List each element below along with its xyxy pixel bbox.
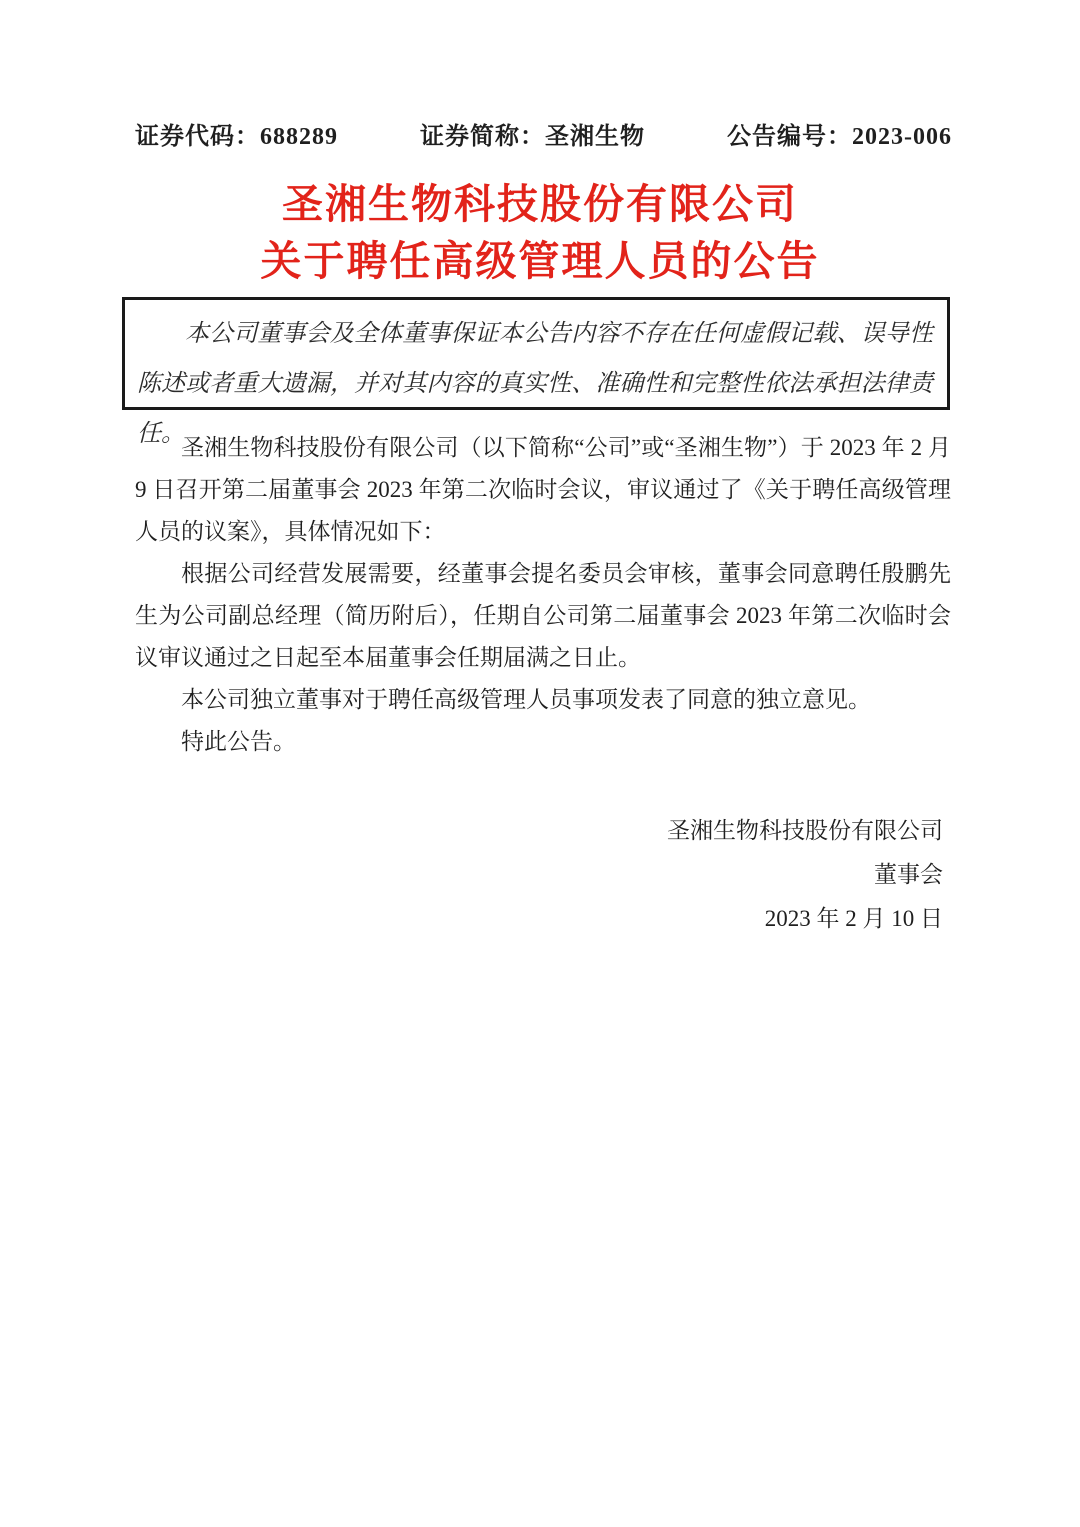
paragraph-independent-directors-opinion: 本公司独立董事对于聘任高级管理人员事项发表了同意的独立意见。 [135,679,951,721]
paragraph-appointment-details: 根据公司经营发展需要，经董事会提名委员会审核，董事会同意聘任殷鹏先生为公司副总经… [135,553,951,679]
closing-statement: 特此公告。 [135,721,951,763]
stock-code: 证券代码：688289 [135,116,338,151]
paragraph-board-meeting: 圣湘生物科技股份有限公司（以下简称“公司”或“圣湘生物”）于 2023 年 2 … [135,427,951,553]
disclaimer-box: 本公司董事会及全体董事保证本公告内容不存在任何虚假记载、误导性陈述或者重大遗漏，… [122,297,950,410]
stock-short-name: 证券简称：圣湘生物 [420,116,645,151]
signature-date: 2023 年 2 月 10 日 [135,897,943,941]
announcement-number: 公告编号：2023-006 [727,116,952,151]
document-body: 圣湘生物科技股份有限公司（以下简称“公司”或“圣湘生物”）于 2023 年 2 … [135,427,951,941]
signature-company: 圣湘生物科技股份有限公司 [135,809,943,853]
announcement-document: 证券代码：688289 证券简称：圣湘生物 公告编号：2023-006 圣湘生物… [0,0,1080,1527]
signature-issuer: 董事会 [135,853,943,897]
document-header-row: 证券代码：688289 证券简称：圣湘生物 公告编号：2023-006 [135,116,952,151]
signature-block: 圣湘生物科技股份有限公司 董事会 2023 年 2 月 10 日 [135,809,951,941]
title-company-name: 圣湘生物科技股份有限公司 [0,176,1080,233]
title-announcement-subject: 关于聘任高级管理人员的公告 [0,233,1080,290]
document-title: 圣湘生物科技股份有限公司 关于聘任高级管理人员的公告 [0,176,1080,290]
